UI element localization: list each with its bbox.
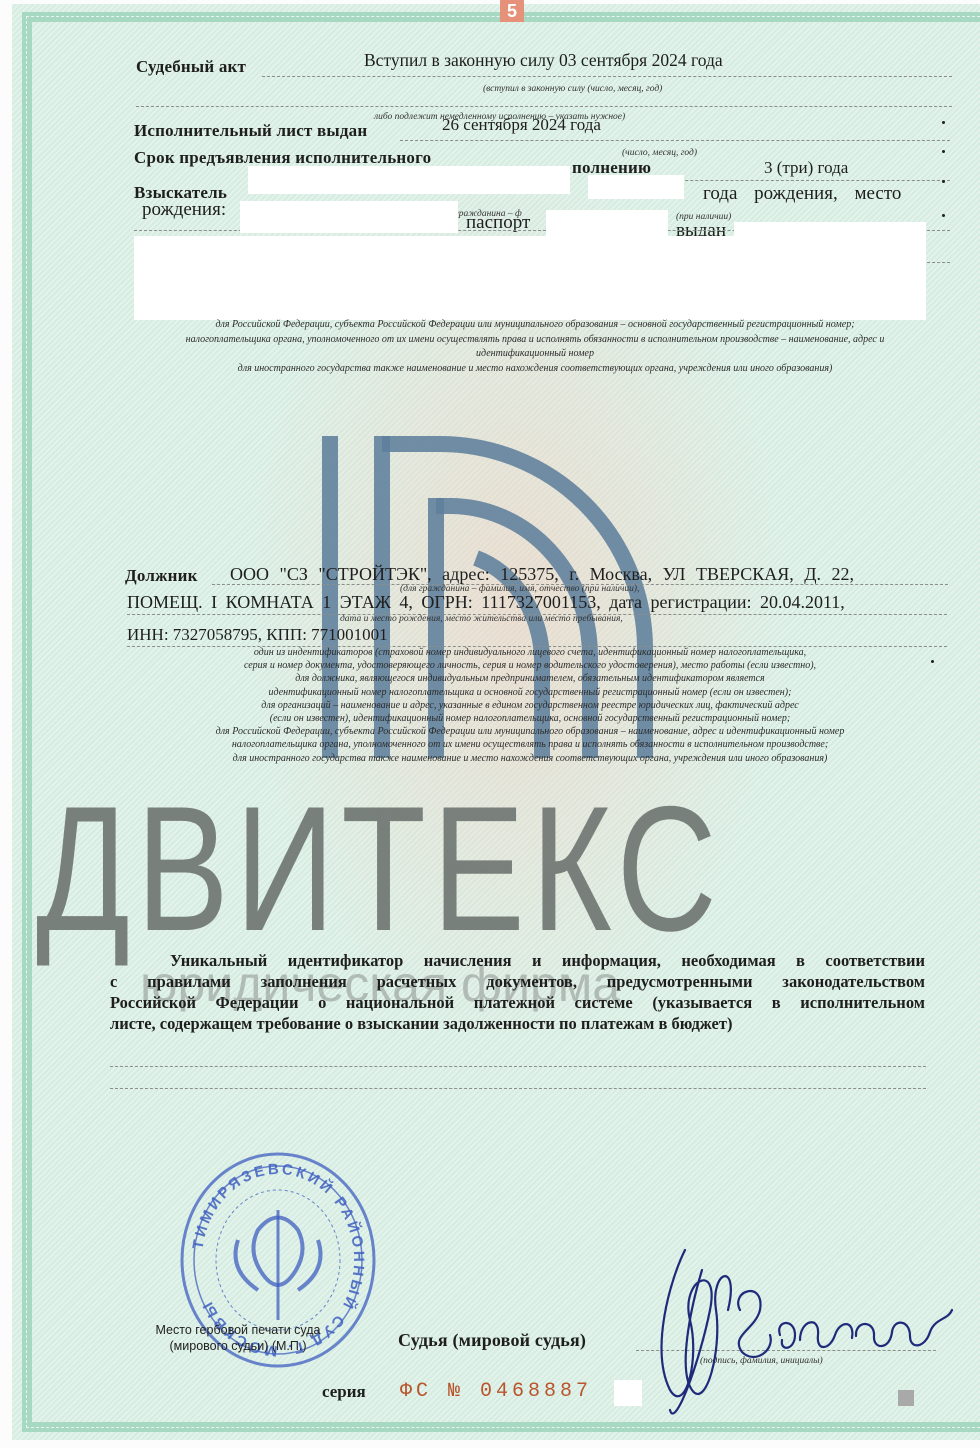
debtor-legend-line: идентификационный номер налогоплательщик… <box>120 686 940 699</box>
presentation-period-value: 3 (три) года <box>764 158 848 178</box>
claimant-legend-line: для Российской Федерации, субъекта Росси… <box>140 318 930 333</box>
redacted-birthplace <box>240 201 458 233</box>
judge-signature-icon <box>630 1240 970 1440</box>
presentation-period-label: Срок предъявления исполнительного <box>134 148 431 168</box>
watermark-title: ДВИТЕКС <box>36 780 738 958</box>
court-act-label: Судебный акт <box>136 57 246 77</box>
writ-issued-hint: (число, месяц, год) <box>622 148 697 158</box>
line-end-dot <box>942 180 945 183</box>
debtor-legend-line: серия и номер документа, удостоверяющего… <box>120 659 940 672</box>
writ-issued-label: Исполнительный лист выдан <box>134 121 367 141</box>
line-end-dot <box>942 121 945 124</box>
debtor-legend-line: для Российской Федерации, субъекта Росси… <box>120 725 940 738</box>
claimant-legend-line: налогоплательщика органа, уполномоченног… <box>140 333 930 362</box>
payment-info-line: листе, содержащем требование о взыскании… <box>110 1013 925 1034</box>
presentation-period-rule <box>660 180 950 181</box>
payment-info-line: Уникальный идентификатор начисления и ин… <box>110 950 925 971</box>
writ-issued-rule <box>400 140 950 141</box>
line-end-dot <box>942 150 945 153</box>
redacted-birth-date <box>588 175 684 199</box>
redacted-claimant-name <box>248 166 570 194</box>
debtor-legend-line: один из индентификаторов (страховой номе… <box>120 646 940 659</box>
corner-marker <box>898 1390 914 1406</box>
seal-note-line: Место гербовой печати суда <box>143 1322 333 1338</box>
seal-note-line: (мирового судьи) (М.П.) <box>143 1338 333 1354</box>
judge-label: Судья (мировой судья) <box>398 1330 586 1351</box>
series-number: ФС № 0468887 <box>400 1380 592 1403</box>
payment-info-rule <box>110 1066 926 1067</box>
claimant-legend: для Российской Федерации, субъекта Росси… <box>140 318 930 376</box>
debtor-line-3: ИНН: 7327058795, КПП: 771001001 <box>127 625 388 645</box>
court-act-rule-2 <box>136 106 952 107</box>
debtor-legend-line: для должника, являющегося индивидуальным… <box>120 672 940 685</box>
line-end-dot <box>942 214 945 217</box>
debtor-legend-line: налогоплательщика органа, уполномоченног… <box>120 738 940 751</box>
court-act-rule <box>262 76 952 77</box>
debtor-hint-2: дата и место рождения, место жительства … <box>340 614 623 624</box>
seal-place-note: Место гербовой печати суда (мирового суд… <box>143 1322 333 1354</box>
series-label: серия <box>322 1382 366 1402</box>
debtor-legend-line: для организаций – наименование и адрес, … <box>120 699 940 712</box>
court-act-hint: (вступил в законную силу (число, месяц, … <box>483 84 662 94</box>
debtor-legend: один из индентификаторов (страховой номе… <box>120 646 940 765</box>
court-act-value: Вступил в законную силу 03 сентября 2024… <box>364 50 723 71</box>
debtor-legend-line: (если он известен), идентификационный но… <box>120 712 940 725</box>
redacted-passport-number <box>546 210 668 236</box>
debtor-label: Должник <box>125 566 198 586</box>
debtor-legend-line: для иностранного государства также наиме… <box>120 752 940 765</box>
claimant-birth-text: года рождения, место <box>703 183 901 205</box>
writ-issued-value: 26 сентября 2024 года <box>442 115 601 135</box>
redacted-claimant-details <box>134 236 926 320</box>
claimant-birthplace-label: рождения: <box>142 199 226 221</box>
debtor-line-2: ПОМЕЩ. I КОМНАТА 1 ЭТАЖ 4, ОГРН: 1117327… <box>127 592 845 613</box>
payment-info-rule-2 <box>110 1088 926 1089</box>
page-number: 5 <box>500 0 524 22</box>
claimant-legend-line: для иностранного государства также наиме… <box>140 362 930 377</box>
debtor-line-1: ООО "СЗ "СТРОЙТЭК", адрес: 125375, г. Мо… <box>230 564 854 585</box>
payment-info-line: с правилами заполнения расчетных докумен… <box>110 971 925 992</box>
redacted-series-digit <box>614 1380 642 1406</box>
payment-info-line: Российской Федерации о национальной плат… <box>110 992 925 1013</box>
payment-info-block: Уникальный идентификатор начисления и ин… <box>110 950 925 1034</box>
